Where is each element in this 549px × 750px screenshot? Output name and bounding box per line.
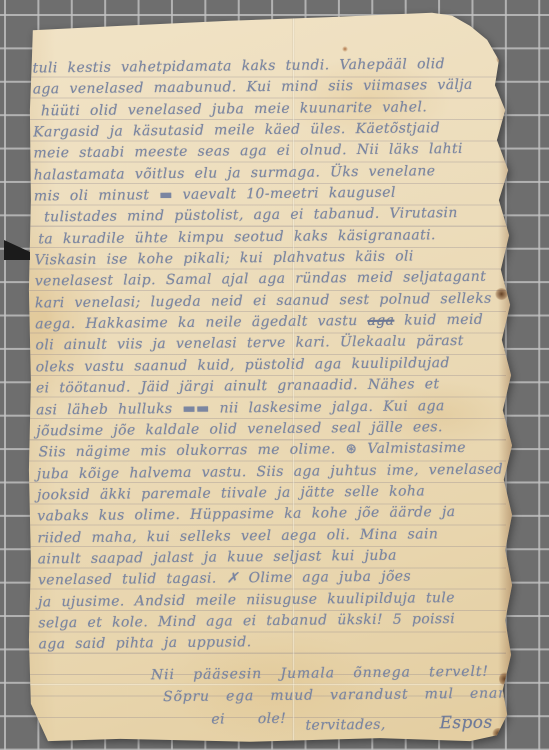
signature: Espos /	[439, 711, 509, 736]
letter-paper-wrap: tuli kestis vahetpidamata kaks tundi. Va…	[0, 0, 549, 750]
photo-backing-board: tuli kestis vahetpidamata kaks tundi. Va…	[0, 0, 549, 750]
burn-spot	[496, 54, 508, 64]
handwritten-text: tuli kestis vahetpidamata kaks tundi. Va…	[32, 54, 503, 740]
burn-spot	[503, 188, 514, 204]
signature-row: tervitades, Espos /	[305, 711, 503, 737]
letter-line-segment: kuid meid	[394, 312, 483, 329]
struck-word: aga	[367, 313, 394, 329]
letter-paper: tuli kestis vahetpidamata kaks tundi. Va…	[26, 12, 514, 744]
salutation: tervitades,	[305, 713, 385, 738]
letter-line-segment: aega. Hakkasime ka neile ägedalt vastu	[35, 313, 367, 332]
burn-spot	[500, 128, 512, 142]
letter-closing: Nii pääsesin Jumala õnnega tervelt! Sõpr…	[39, 660, 504, 739]
letter-line: aga said pihta ja uppusid.	[38, 630, 502, 656]
closing-line: Sõpru ega muud varandust mul enam	[163, 683, 503, 709]
